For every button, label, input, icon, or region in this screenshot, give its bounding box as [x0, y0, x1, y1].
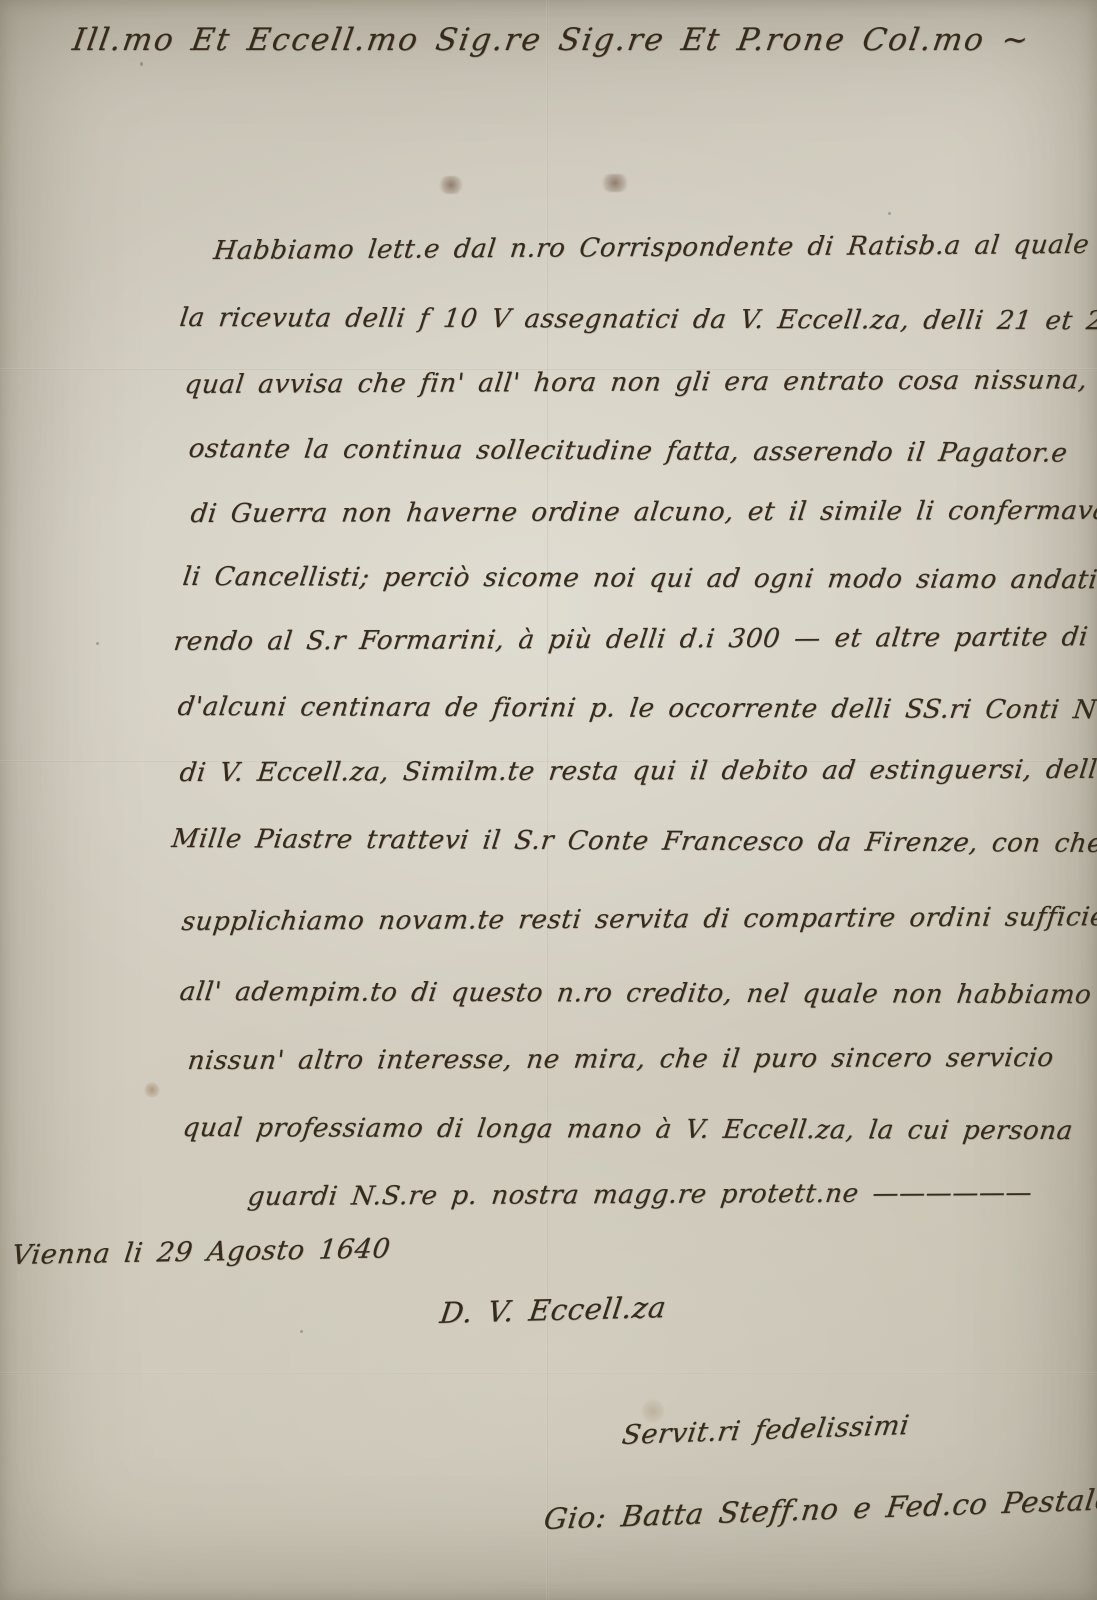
signature: Gio: Batta Steff.no e Fed.co Pestalozzi [542, 1481, 1097, 1536]
paper-speck [140, 62, 143, 66]
body-line: supplichiamo novam.te resti servita di c… [180, 902, 1097, 937]
body-line: la ricevuta delli f 10 V assegnatici da … [178, 303, 1097, 337]
body-line: d'alcuni centinara de fiorini p. le occo… [176, 692, 1097, 725]
valediction: D. V. Eccell.za [438, 1290, 668, 1330]
body-line: li Cancellisti; perciò sicome noi qui ad… [181, 562, 1097, 596]
ink-smudge [600, 174, 630, 192]
dateline: Vienna li 29 Agosto 1640 [10, 1233, 392, 1271]
closing: Servit.ri fedelissimi [620, 1410, 911, 1451]
body-line: Habbiamo lett.e dal n.ro Corrispondente … [212, 228, 1097, 266]
body-line: qual avvisa che fin' all' hora non gli e… [183, 365, 1097, 400]
body-line: Mille Piastre trattevi il S.r Conte Fran… [170, 824, 1097, 859]
body-line: qual professiamo di longa mano à V. Ecce… [181, 1113, 1075, 1146]
body-line: rendo al S.r Formarini, à più delli d.i … [172, 622, 1097, 657]
paper-speck [300, 1330, 303, 1333]
paper-speck [96, 642, 99, 645]
body-line: di V. Eccell.za, Similm.te resta qui il … [178, 754, 1097, 788]
body-line: all' adempim.to di questo n.ro credito, … [178, 977, 1097, 1011]
body-line: nissun' altro interesse, ne mira, che il… [186, 1043, 1056, 1076]
letter-page: Ill.mo Et Eccell.mo Sig.re Sig.re Et P.r… [0, 0, 1097, 1600]
salutation: Ill.mo Et Eccell.mo Sig.re Sig.re Et P.r… [0, 22, 1097, 58]
ink-smudge [438, 176, 464, 194]
paper-stain [144, 1082, 160, 1098]
body-line: guardi N.S.re p. nostra magg.re protett.… [246, 1178, 1034, 1212]
paper-speck [888, 212, 891, 215]
body-line: di Guerra non haverne ordine alcuno, et … [189, 496, 1097, 529]
body-line: ostante la continua sollecitudine fatta,… [187, 434, 1069, 469]
horizontal-fold-crease [0, 1372, 1097, 1375]
